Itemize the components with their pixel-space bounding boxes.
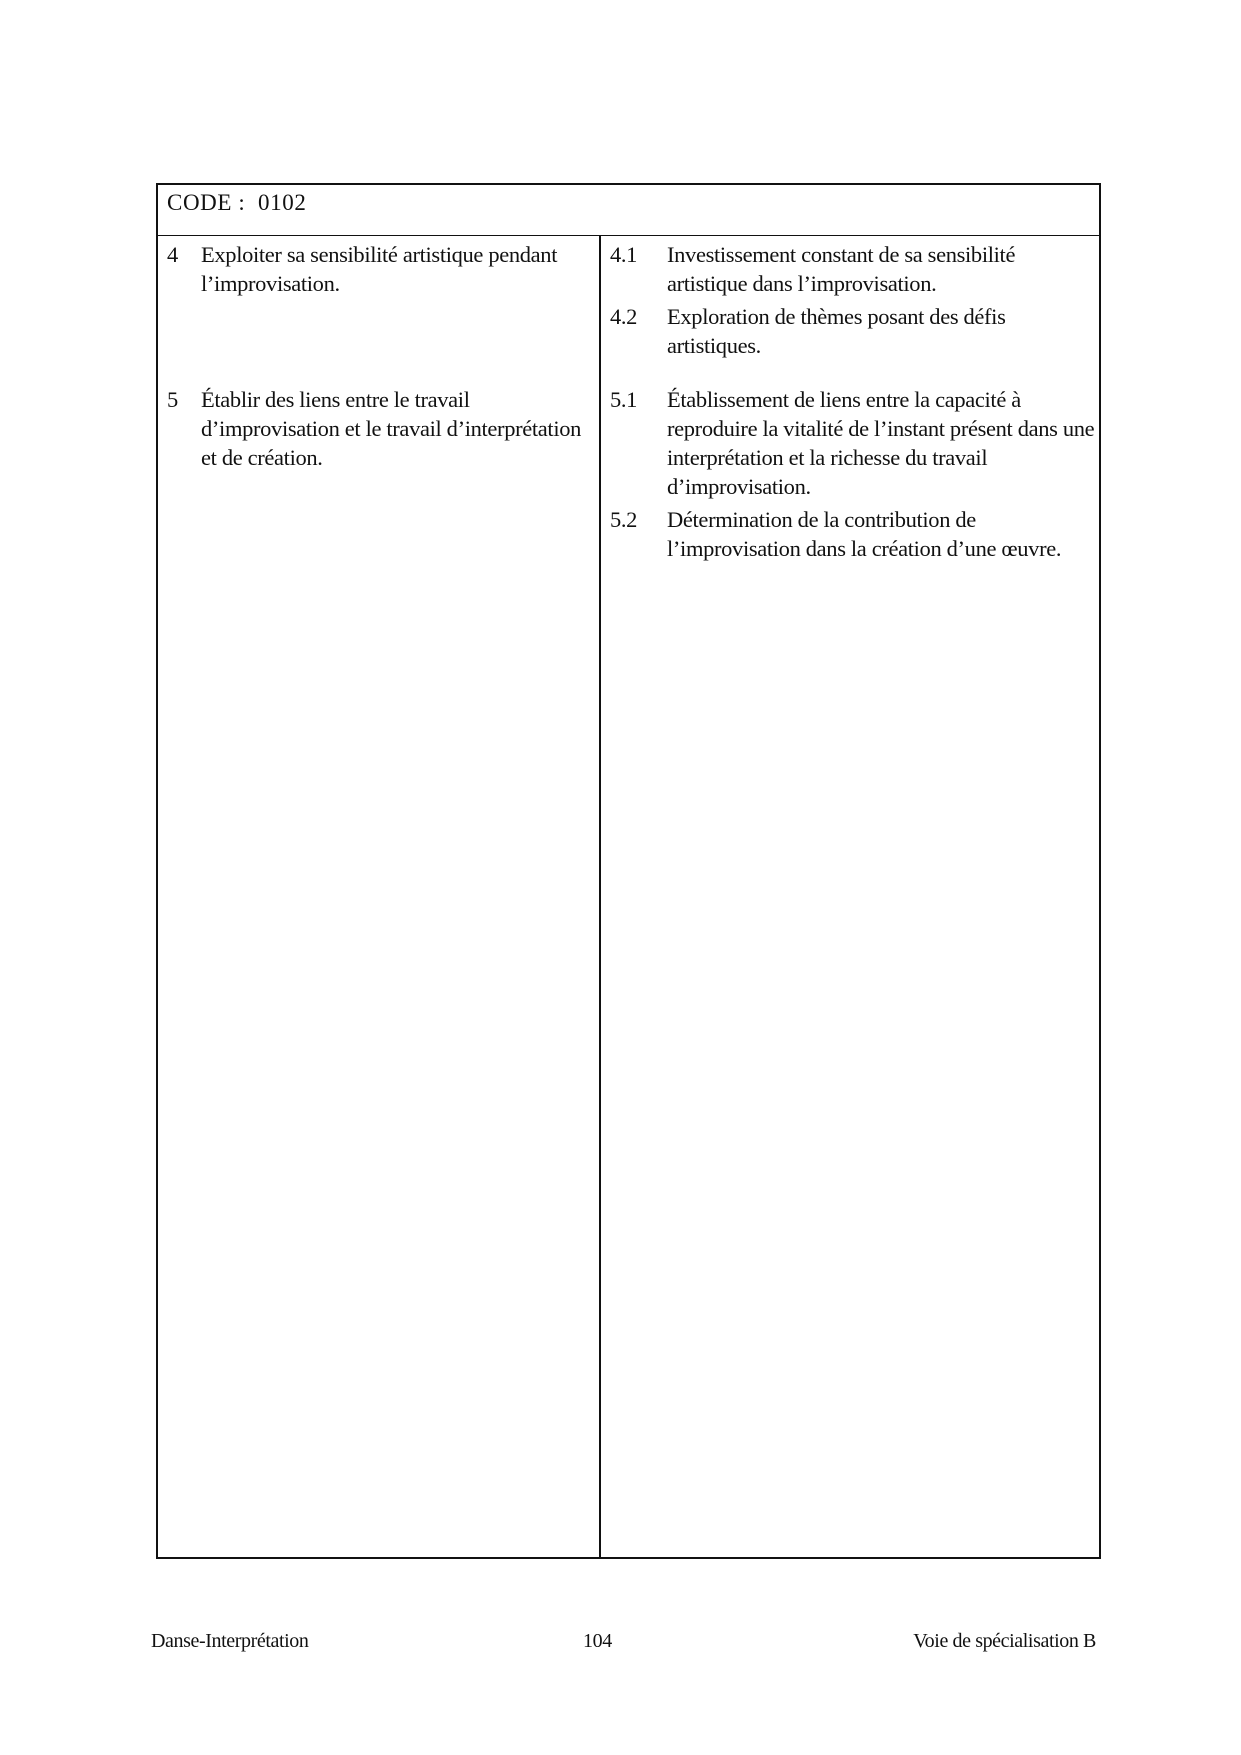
criterion-number: 5.2	[610, 505, 637, 534]
footer-track-title: Voie de spécialisation B	[913, 1630, 1096, 1653]
criterion-text: Exploration de thèmes posant des défis a…	[667, 302, 1095, 360]
criterion-item: 4.1 Investissement constant de sa sensib…	[610, 240, 1095, 298]
page-footer: Danse-Interprétation 104 Voie de spécial…	[0, 1630, 1241, 1660]
criterion-text: Détermination de la contribution de l’im…	[667, 505, 1095, 563]
competency-number: 5	[167, 385, 178, 414]
criterion-text: Investissement constant de sa sensibilit…	[667, 240, 1095, 298]
page-number: 104	[583, 1630, 612, 1653]
criterion-item: 4.2 Exploration de thèmes posant des déf…	[610, 302, 1095, 360]
course-code: CODE : 0102	[167, 190, 306, 216]
competency-text: Établir des liens entre le travail d’imp…	[201, 385, 587, 472]
criterion-text: Établissement de liens entre la capacité…	[667, 385, 1095, 501]
footer-program-title: Danse-Interprétation	[151, 1630, 308, 1653]
competency-number: 4	[167, 240, 178, 269]
column-divider	[599, 236, 601, 1557]
criterion-number: 5.1	[610, 385, 637, 414]
competency-item: 5 Établir des liens entre le travail d’i…	[167, 385, 587, 472]
criterion-number: 4.2	[610, 302, 637, 331]
criterion-number: 4.1	[610, 240, 637, 269]
competency-text: Exploiter sa sensibilité artistique pend…	[201, 240, 587, 298]
criterion-item: 5.2 Détermination de la contribution de …	[610, 505, 1095, 563]
criterion-item: 5.1 Établissement de liens entre la capa…	[610, 385, 1095, 501]
competency-table: CODE : 0102 4 Exploiter sa sensibilité a…	[156, 183, 1101, 1559]
competency-item: 4 Exploiter sa sensibilité artistique pe…	[167, 240, 587, 298]
code-header-row: CODE : 0102	[158, 185, 1099, 236]
